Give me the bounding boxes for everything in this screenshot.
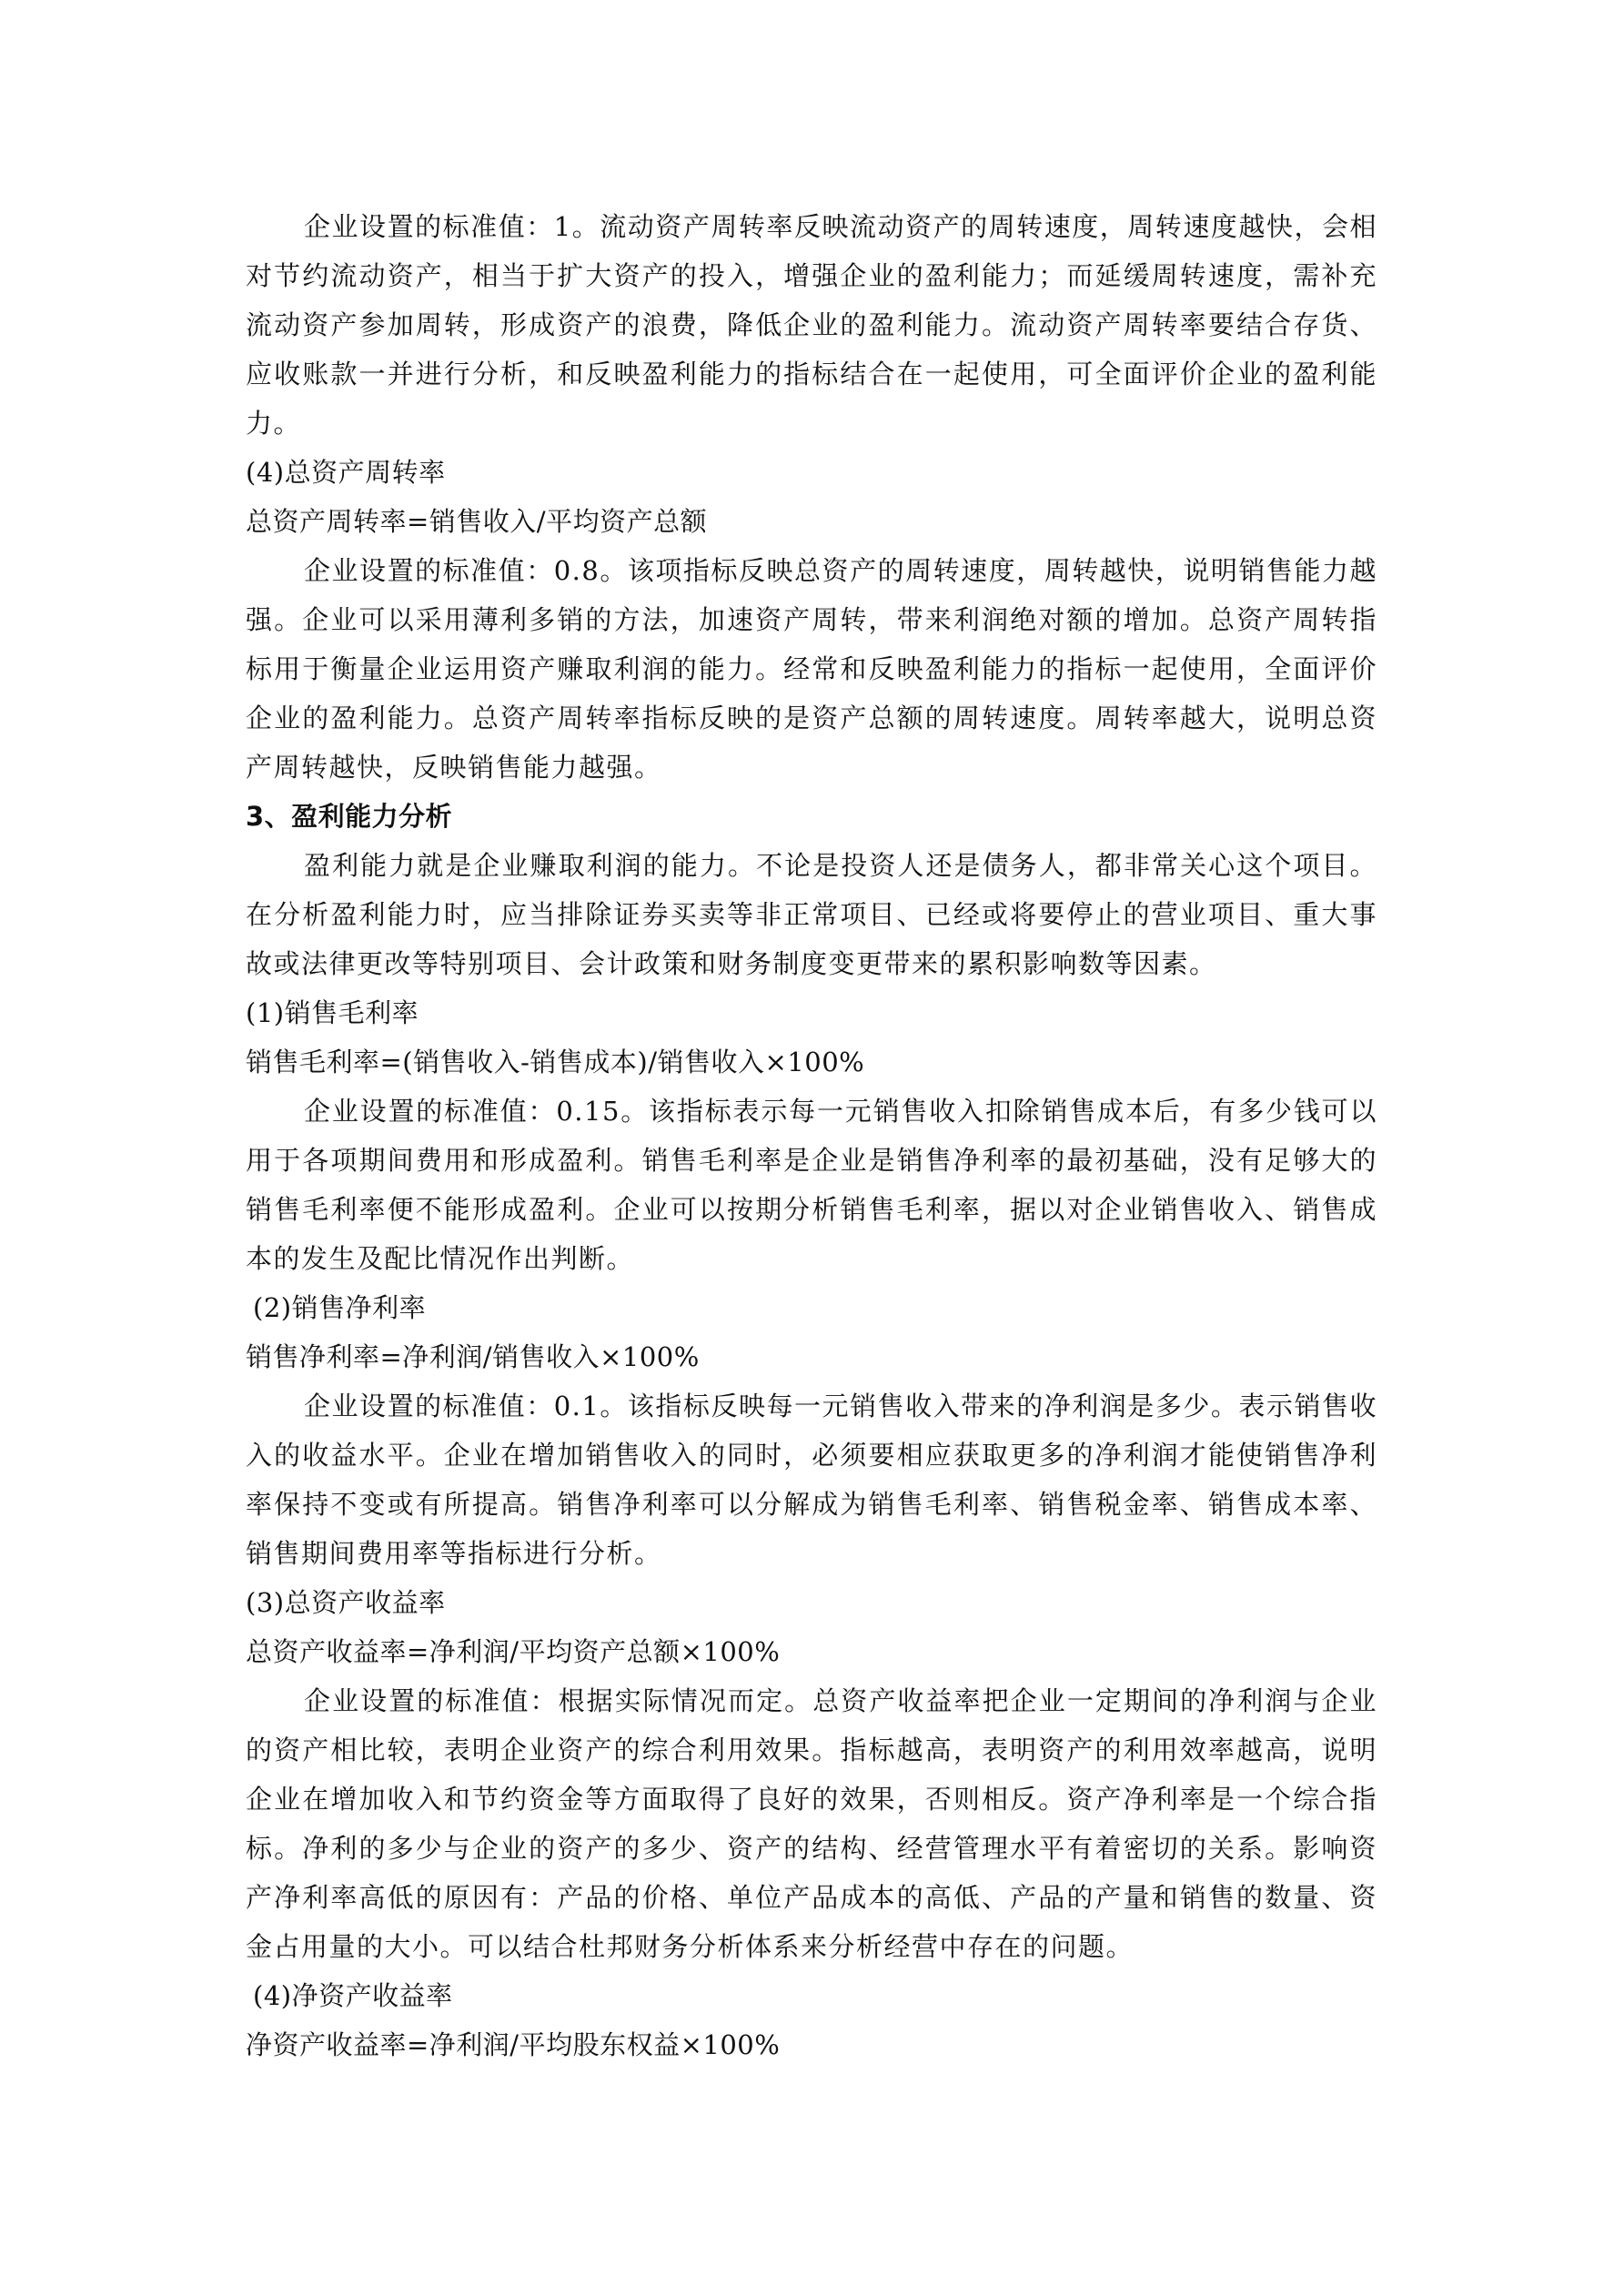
- subheading-net-profit-margin: (2)销售净利率: [246, 1283, 1377, 1332]
- paragraph-total-asset-turnover-standard: 企业设置的标准值：0.8。该项指标反映总资产的周转速度，周转越快，说明销售能力越…: [246, 546, 1377, 792]
- formula-return-on-equity: 净资产收益率=净利润/平均股东权益×100%: [246, 2020, 1377, 2069]
- paragraph-gross-profit-margin-standard: 企业设置的标准值：0.15。该指标表示每一元销售收入扣除销售成本后，有多少钱可以…: [246, 1087, 1377, 1283]
- subheading-return-on-assets: (3)总资产收益率: [246, 1578, 1377, 1627]
- paragraph-return-on-assets-standard: 企业设置的标准值：根据实际情况而定。总资产收益率把企业一定期间的净利润与企业的资…: [246, 1676, 1377, 1971]
- formula-net-profit-margin: 销售净利率=净利润/销售收入×100%: [246, 1332, 1377, 1381]
- formula-total-asset-turnover: 总资产周转率=销售收入/平均资产总额: [246, 497, 1377, 546]
- formula-gross-profit-margin: 销售毛利率=(销售收入-销售成本)/销售收入×100%: [246, 1037, 1377, 1087]
- formula-return-on-assets: 总资产收益率=净利润/平均资产总额×100%: [246, 1627, 1377, 1676]
- section-heading-profitability-analysis: 3、盈利能力分析: [246, 792, 1377, 841]
- subheading-gross-profit-margin: (1)销售毛利率: [246, 988, 1377, 1037]
- subheading-return-on-equity: (4)净资产收益率: [246, 1971, 1377, 2020]
- paragraph-current-asset-turnover-standard: 企业设置的标准值：1。流动资产周转率反映流动资产的周转速度，周转速度越快，会相对…: [246, 202, 1377, 448]
- document-page: 企业设置的标准值：1。流动资产周转率反映流动资产的周转速度，周转速度越快，会相对…: [246, 202, 1377, 2069]
- paragraph-net-profit-margin-standard: 企业设置的标准值：0.1。该指标反映每一元销售收入带来的净利润是多少。表示销售收…: [246, 1381, 1377, 1578]
- paragraph-profitability-intro: 盈利能力就是企业赚取利润的能力。不论是投资人还是债务人，都非常关心这个项目。在分…: [246, 841, 1377, 988]
- subheading-total-asset-turnover: (4)总资产周转率: [246, 448, 1377, 497]
